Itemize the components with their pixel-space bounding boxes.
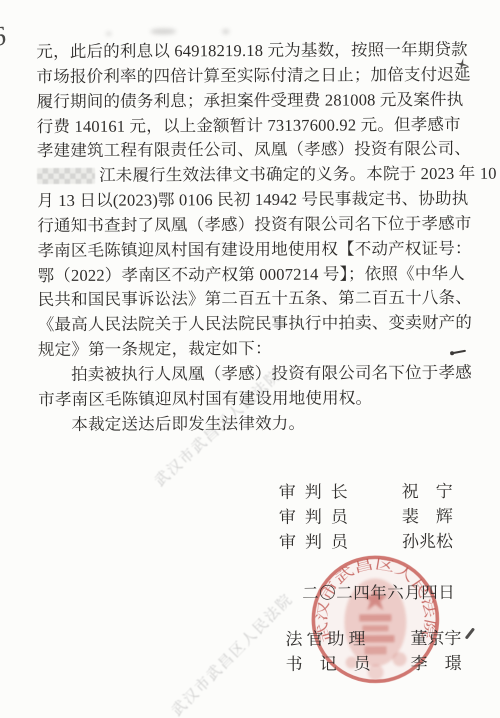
redaction-mosaic (37, 168, 95, 184)
court-seal: 武汉市武昌区人民法院 (301, 544, 454, 707)
handwritten-page-number: 6 (0, 20, 9, 53)
signature-row: 审判员 孙兆松 (279, 530, 453, 555)
judge-role: 审判长 (279, 480, 357, 504)
staff-name: 董京宇 (410, 627, 461, 651)
document-line: 民共和国民事诉讼法》第二百五十五条、第二百五十八条、 (38, 286, 457, 313)
document-line: 月 13 日以(2023)鄂 0106 民初 14942 号民事裁定书、协助执 (37, 187, 456, 214)
document-line: 市孝南区毛陈镇迎凤村国有建设用地使用权。 (38, 386, 457, 413)
document-line: 孝南区毛陈镇迎凤村国有建设用地使用权【不动产权证号： (37, 237, 456, 264)
scan-smudge (106, 32, 111, 36)
ruling-body: 元，此后的利息以 64918219.18 元为基数，按照一年期贷款 市场报价利率… (36, 38, 457, 438)
document-line-redacted: 江未履行生效法律文书确定的义务。本院于 2023 年 10 (37, 162, 456, 189)
scan-smudge (150, 28, 176, 34)
staff-name: 李 璟 (411, 652, 462, 676)
scanned-document-page: 武汉市武昌区人民法院 武汉市武昌区人民法院 武汉市武昌区人民法院 (0, 0, 500, 718)
judge-role: 审判员 (279, 505, 357, 529)
judge-role: 审判员 (279, 530, 357, 554)
document-line: 市场报价利率的四倍计算至实际付清之日止；加倍支付迟延 (36, 63, 455, 90)
document-line: 鄂（2022）孝南区不动产权第 0007214 号】；依照《中华人 (37, 262, 456, 289)
document-line: 江未履行生效法律文书确定的义务。本院于 2023 年 10 (99, 162, 497, 189)
page-content: 武汉市武昌区人民法院 武汉市武昌区人民法院 武汉市武昌区人民法院 (0, 0, 500, 718)
document-line: 《最高人民法院关于人民法院民事执行中拍卖、变卖财产的 (38, 311, 457, 338)
document-line: 行费 140161 元，以上金额暂计 73137600.92 元。但孝感市 (37, 112, 456, 139)
document-line: 履行期间的债务利息；承担案件受理费 281008 元及案件执 (37, 88, 456, 115)
pen-tick-mark (465, 627, 475, 639)
judge-name: 孙兆松 (402, 530, 453, 554)
scan-smudge (222, 29, 229, 34)
ruling-date: 二〇二四年六月四日 (302, 579, 455, 604)
document-line: 元，此后的利息以 64918219.18 元为基数，按照一年期贷款 (36, 38, 455, 65)
document-line: 本裁定送达后即发生法律效力。 (38, 411, 457, 438)
signature-row: 审判长 祝 宁 (279, 480, 453, 505)
court-watermark: 武汉市武昌区人民法院 (166, 588, 297, 718)
judge-name: 裴 辉 (402, 505, 453, 529)
staff-role: 书记员 (286, 652, 388, 677)
document-line: 行通知书查封了凤凰（孝感）投资有限公司名下位于孝感市 (37, 212, 456, 239)
judge-name: 祝 宁 (402, 480, 453, 504)
document-line: 拍卖被执行人凤凰（孝感）投资有限公司名下位于孝感 (38, 361, 457, 388)
document-line: 规定》第一条规定，裁定如下： (38, 336, 457, 363)
document-line: 孝建建筑工程有限责任公司、凤凰（孝感）投资有限公司、 (37, 137, 456, 164)
staff-role: 法官助理 (285, 627, 369, 651)
staff-row: 书记员 李 璟 (286, 652, 462, 677)
signature-row: 审判员 裴 辉 (279, 505, 453, 530)
staff-row: 法官助理 董京宇 (285, 627, 461, 652)
